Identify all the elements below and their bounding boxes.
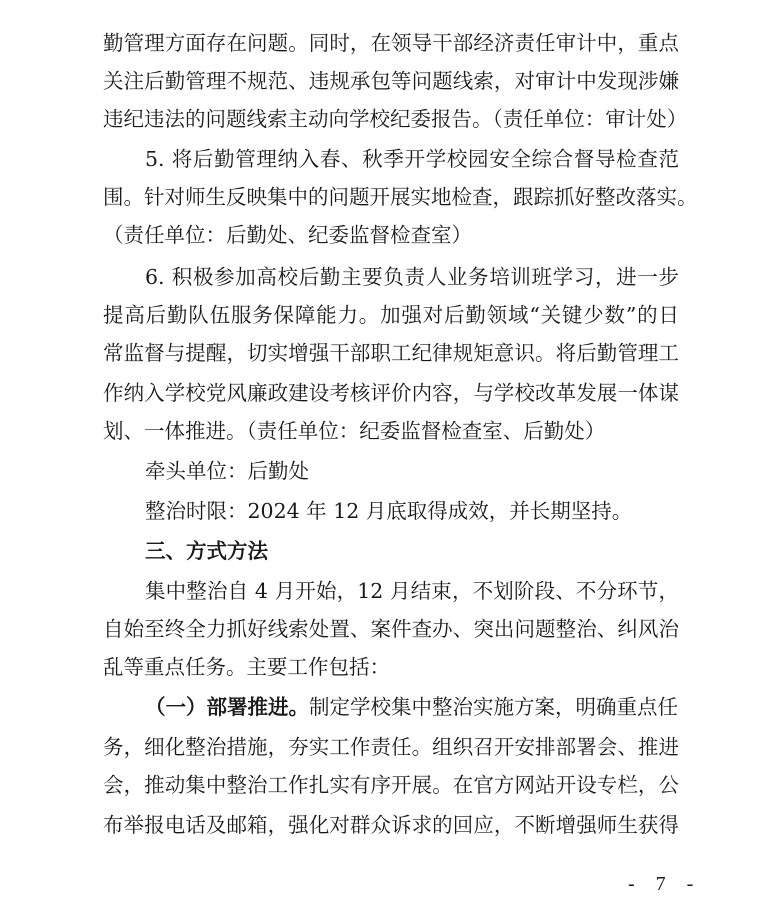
section-heading: 三、方式方法 (145, 532, 679, 570)
paragraph-line: 作纳入学校党风廉政建设考核评价内容，与学校改革发展一体谋 (103, 374, 679, 412)
subsection-heading: （一）部署推进。 (145, 695, 309, 719)
item-6-line: 6. 积极参加高校后勤主要负责人业务培训班学习，进一步 (145, 258, 679, 296)
lead-unit: 牵头单位：后勤处 (145, 452, 679, 490)
subsection-text: 制定学校集中整治实施方案，明确重点任 (309, 695, 678, 719)
paragraph-line: 违纪违法的问题线索主动向学校纪委报告。（责任单位：审计处） (103, 100, 679, 138)
paragraph-line: 集中整治自 4 月开始，12 月结束，不划阶段、不分环节， (145, 572, 679, 610)
subsection-one-line: （一）部署推进。制定学校集中整治实施方案，明确重点任 (145, 688, 679, 726)
page-number: - 7 - (628, 870, 701, 898)
paragraph-line: 提高后勤队伍服务保障能力。加强对后勤领域“关键少数”的日 (103, 296, 679, 334)
paragraph-line: 会，推动集中整治工作扎实有序开展。在官方网站开设专栏，公 (103, 766, 679, 804)
paragraph-line: 关注后勤管理不规范、违规承包等问题线索，对审计中发现涉嫌 (103, 62, 679, 100)
document-page: 勤管理方面存在问题。同时，在领导干部经济责任审计中，重点 关注后勤管理不规范、违… (0, 0, 771, 907)
paragraph-line: 勤管理方面存在问题。同时，在领导干部经济责任审计中，重点 (103, 24, 679, 62)
deadline: 整治时限：2024 年 12 月底取得成效，并长期坚持。 (145, 492, 679, 530)
paragraph-line: 常监督与提醒，切实增强干部职工纪律规矩意识。将后勤管理工 (103, 334, 679, 372)
paragraph-line: 布举报电话及邮箱，强化对群众诉求的回应，不断增强师生获得 (103, 806, 679, 844)
responsibility-note: （责任单位：后勤处、纪委监督检查室） (103, 216, 679, 254)
paragraph-line: 自始至终全力抓好线索处置、案件查办、突出问题整治、纠风治 (103, 610, 679, 648)
responsibility-note: 划、一体推进。（责任单位：纪委监督检查室、后勤处） (103, 412, 679, 450)
paragraph-line: 乱等重点任务。主要工作包括： (103, 648, 679, 686)
item-5-line: 5. 将后勤管理纳入春、秋季开学校园安全综合督导检查范 (145, 140, 679, 178)
paragraph-line: 务，细化整治措施，夯实工作责任。组织召开安排部署会、推进 (103, 728, 679, 766)
paragraph-line: 围。针对师生反映集中的问题开展实地检查，跟踪抓好整改落实。 (103, 178, 679, 216)
